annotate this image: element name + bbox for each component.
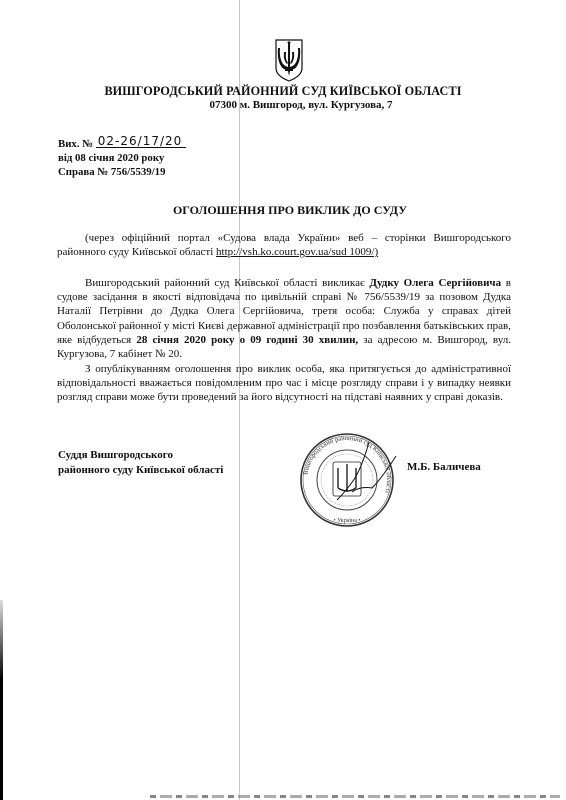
summons-text-1: Вишгородський районний суд Київської обл… <box>85 277 369 289</box>
paragraph-summons: Вишгородський районний суд Київської обл… <box>57 276 511 361</box>
outgoing-number-label: Вих. № <box>58 138 93 150</box>
scan-edge-shadow <box>0 600 3 800</box>
paragraph-portal-note: (через офіційний портал «Судова влада Ук… <box>57 231 511 259</box>
svg-text:• Україна •: • Україна • <box>333 518 360 524</box>
paragraph-notice: З опублікуванням оголошення про виклик о… <box>57 362 511 405</box>
ukraine-trident-icon <box>274 38 304 82</box>
outgoing-number-line: Вих. № 02-26/17/20 <box>58 137 186 151</box>
judge-position-line1: Суддя Вишгородського <box>58 448 223 463</box>
outgoing-number-value: 02-26/17/20 <box>96 135 187 148</box>
scan-bottom-noise <box>150 795 560 798</box>
defendant-name: Дудку Олега Сергійовича <box>369 277 501 289</box>
court-name: ВИШГОРОДСЬКИЙ РАЙОННИЙ СУД КИЇВСЬКОЇ ОБЛ… <box>0 84 566 99</box>
document-title: ОГОЛОШЕННЯ ПРО ВИКЛИК ДО СУДУ <box>0 203 566 218</box>
document-page: ВИШГОРОДСЬКИЙ РАЙОННИЙ СУД КИЇВСЬКОЇ ОБЛ… <box>0 0 566 800</box>
judge-position: Суддя Вишгородського районного суду Київ… <box>58 448 223 477</box>
court-stamp-icon: Вишгородський районний суд Київської обл… <box>292 430 402 530</box>
hearing-datetime: 28 січня 2020 року о 09 годині 30 хвилин… <box>136 334 358 346</box>
document-meta: Вих. № 02-26/17/20 від 08 січня 2020 рок… <box>58 137 186 179</box>
document-date: від 08 січня 2020 року <box>58 151 186 165</box>
court-address: 07300 м. Вишгород, вул. Кургузова, 7 <box>0 99 566 111</box>
case-number: Справа № 756/5539/19 <box>58 165 186 179</box>
judge-name: М.Б. Баличева <box>407 461 481 473</box>
judge-position-line2: районного суду Київської області <box>58 463 223 478</box>
court-website-link[interactable]: http://vsh.ko.court.gov.ua/sud 1009/) <box>216 246 378 258</box>
